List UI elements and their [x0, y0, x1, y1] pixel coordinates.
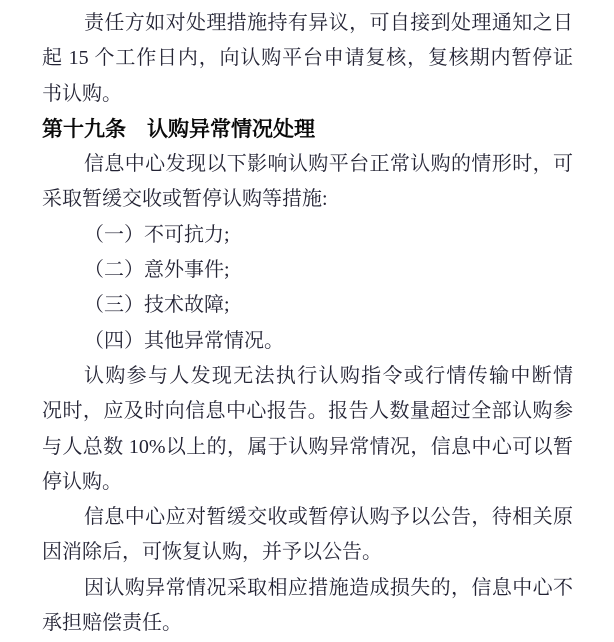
- document-body: 责任方如对处理措施持有异议，可自接到处理通知之日起 15 个工作日内，向认购平台…: [0, 0, 614, 641]
- list-item-3-line-1: （三）技术故障;: [42, 288, 573, 323]
- list-item-2-line-1: （二）意外事件;: [42, 253, 573, 288]
- para-review-appeal-line-3: 书认购。: [42, 77, 573, 112]
- article-19-heading-line-1: 第十九条 认购异常情况处理: [42, 112, 573, 147]
- para-abnormal-measures: 信息中心发现以下影响认购平台正常认购的情形时，可采取暂缓交收或暂停认购等措施:: [42, 147, 573, 218]
- document-page: 责任方如对处理措施持有异议，可自接到处理通知之日起 15 个工作日内，向认购平台…: [0, 0, 614, 642]
- para-announcement: 信息中心应对暂缓交收或暂停认购予以公告，待相关原因消除后，可恢复认购，并予以公告…: [42, 500, 573, 571]
- para-report-threshold-line-3: 与人总数 10%以上的，属于认购异常情况，信息中心可以暂: [42, 430, 573, 465]
- para-abnormal-measures-line-1: 信息中心发现以下影响认购平台正常认购的情形时，可: [42, 147, 573, 182]
- para-liability-disclaimer-line-2: 承担赔偿责任。: [42, 606, 573, 641]
- para-review-appeal-line-2: 起 15 个工作日内，向认购平台申请复核，复核期内暂停证: [42, 41, 573, 76]
- para-announcement-line-1: 信息中心应对暂缓交收或暂停认购予以公告，待相关原: [42, 500, 573, 535]
- para-liability-disclaimer: 因认购异常情况采取相应措施造成损失的，信息中心不承担赔偿责任。: [42, 571, 573, 642]
- list-item-1-line-1: （一）不可抗力;: [42, 218, 573, 253]
- para-report-threshold-line-4: 停认购。: [42, 465, 573, 500]
- para-announcement-line-2: 因消除后，可恢复认购，并予以公告。: [42, 535, 573, 570]
- article-19-heading: 第十九条 认购异常情况处理: [42, 112, 573, 147]
- list-item-4-line-1: （四）其他异常情况。: [42, 324, 573, 359]
- list-item-2: （二）意外事件;: [42, 253, 573, 288]
- para-abnormal-measures-line-2: 采取暂缓交收或暂停认购等措施:: [42, 182, 573, 217]
- list-item-4: （四）其他异常情况。: [42, 324, 573, 359]
- para-report-threshold-line-2: 况时，应及时向信息中心报告。报告人数量超过全部认购参: [42, 394, 573, 429]
- para-review-appeal-line-1: 责任方如对处理措施持有异议，可自接到处理通知之日: [42, 6, 573, 41]
- para-report-threshold-line-1: 认购参与人发现无法执行认购指令或行情传输中断情: [42, 359, 573, 394]
- para-review-appeal: 责任方如对处理措施持有异议，可自接到处理通知之日起 15 个工作日内，向认购平台…: [42, 6, 573, 112]
- list-item-1: （一）不可抗力;: [42, 218, 573, 253]
- list-item-3: （三）技术故障;: [42, 288, 573, 323]
- para-report-threshold: 认购参与人发现无法执行认购指令或行情传输中断情况时，应及时向信息中心报告。报告人…: [42, 359, 573, 500]
- para-liability-disclaimer-line-1: 因认购异常情况采取相应措施造成损失的，信息中心不: [42, 571, 573, 606]
